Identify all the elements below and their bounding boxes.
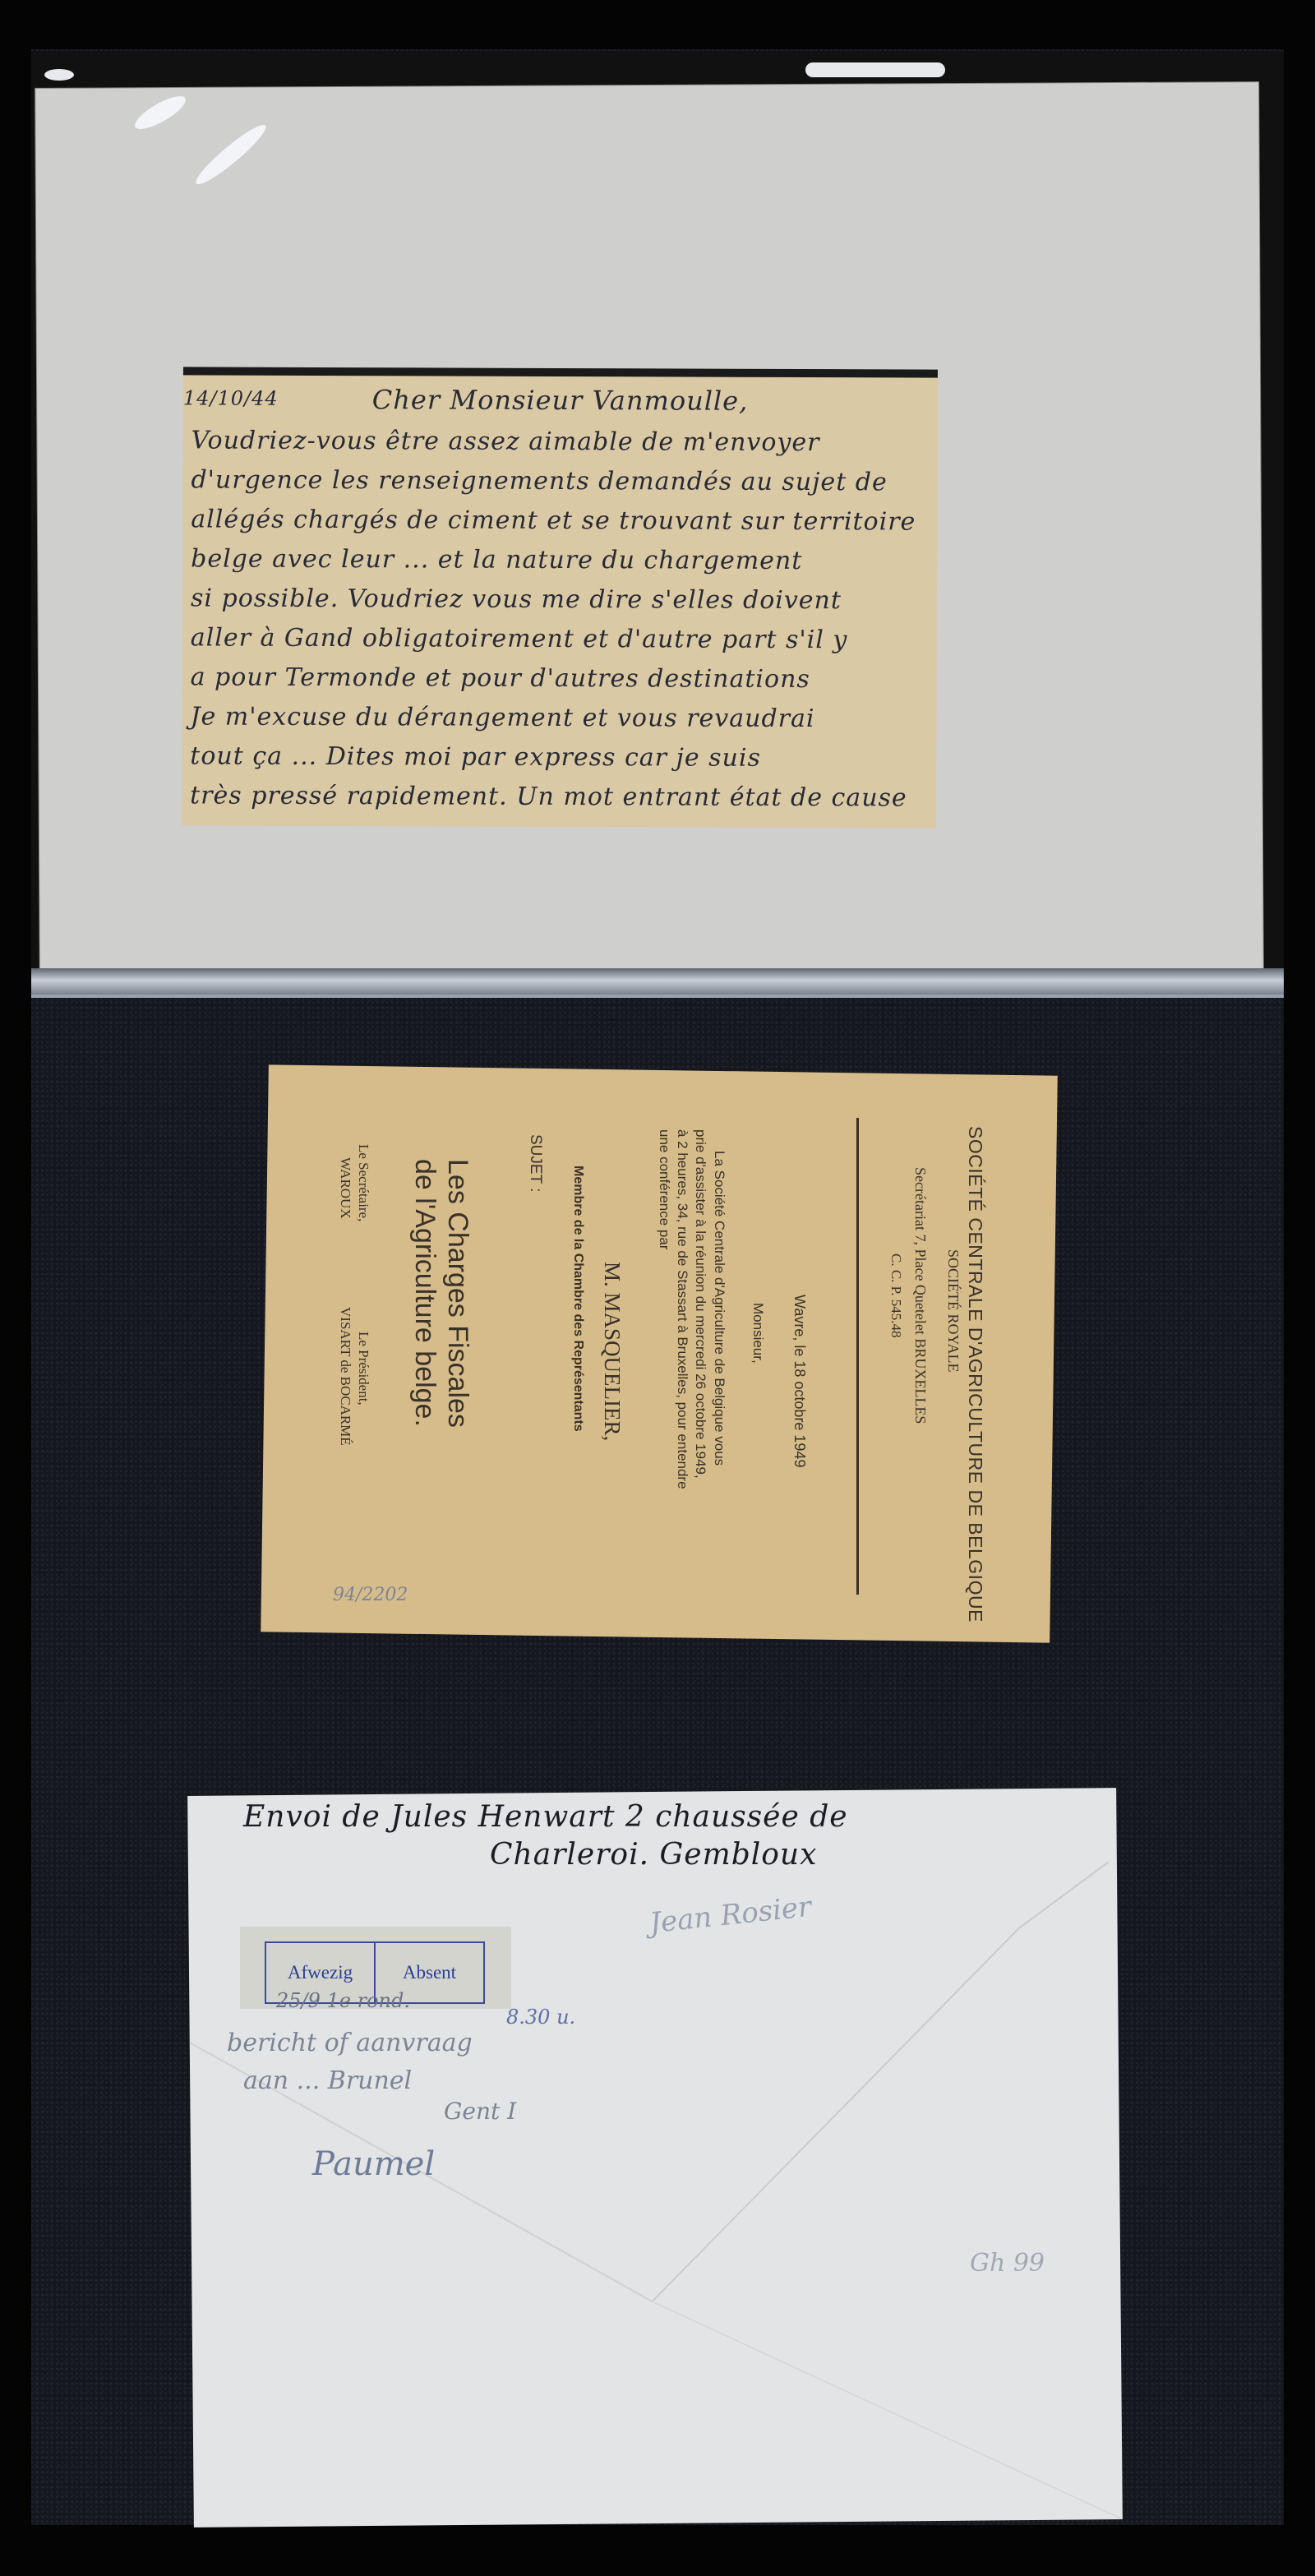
postcard-line: très pressé rapidement. Un mot entrant é… [190,781,907,812]
envelope-sender-line1: Envoi de Jules Henwart 2 chaussée de [243,1800,848,1834]
notice-line: bericht of aanvraag [227,2029,473,2057]
card-speaker: M. MASQUELIER, [599,1262,625,1441]
card-president-name: VISART de BOCARMÉ [337,1307,353,1446]
postcard-line: aller à Gand obligatoirement et d'autre … [191,623,848,654]
notice-line: Gent I [444,2098,516,2125]
card-secretary-name: WAROUX [337,1157,353,1219]
postcard-line: Je m'excuse du dérangement et vous revau… [190,702,814,733]
card-place-date: Wavre, le 18 octobre 1949 [791,1295,808,1467]
postcard-line: tout ça ... Dites moi par express car je… [190,741,761,772]
sleeve-edge [31,968,1284,995]
postcard-line: belge avec leur ... et la nature du char… [191,544,802,575]
postcard-line: d'urgence les renseignements demandés au… [191,465,887,496]
card-greeting: Monsieur, [750,1303,766,1364]
postcard-date: 14/10/44 [183,386,279,409]
postcard-salutation: Cher Monsieur Vanmoulle, [372,384,749,417]
card-address: Secrétariat 7, Place Quetelet BRUXELLES [911,1167,929,1424]
card-body-line: une conférence par [656,1129,672,1250]
card-president-title: Le Président, [355,1332,371,1406]
card-subheader: SOCIÉTÉ ROYALE [944,1249,962,1373]
catalog-note: Gh 99 [970,2249,1045,2278]
card-pencil-note: 94/2202 [333,1585,408,1605]
card-body-line: à 2 heures, 34, rue de Stassart à Bruxel… [674,1129,690,1489]
card-speaker-title: Membre de la Chambre des Représentants [570,1166,585,1432]
card-body-line: prie d'assister à la réunion du mercredi… [692,1129,708,1479]
postcard-line: si possible. Voudriez vous me dire s'ell… [191,584,842,615]
handwritten-postcard: 14/10/44 Cher Monsieur Vanmoulle, Voudri… [182,367,938,828]
sleeve-glare [805,62,945,77]
postcard-line: allégés chargés de ciment et se trouvant… [191,505,916,536]
card-subject-line: de l'Agriculture belge. [408,1159,441,1427]
postcard-line: a pour Termonde et pour d'autres destina… [191,662,810,694]
card-ccp: C. C. P. 545.48 [888,1253,904,1338]
time-note: 8.30 u. [506,2006,575,2029]
postman-signature: Paumel [312,2145,435,2183]
card-body-line: La Société Centrale d'Agriculture de Bel… [711,1151,727,1466]
card-subject-label: SUJET : [526,1134,544,1192]
card-header: SOCIÉTÉ CENTRALE D'AGRICULTURE DE BELGIQ… [964,1126,986,1623]
postcard-line: Voudriez-vous être assez aimable de m'en… [191,426,820,457]
card-secretary-title: Le Secrétaire, [355,1144,371,1221]
notice-line: aan ... Brunel [243,2066,412,2095]
label-handwriting: 25/9 1e rond. [276,1989,410,2012]
card-subject-line: Les Charges Fiscales [441,1159,473,1428]
sleeve-glare [44,69,74,81]
card-rule [856,1118,859,1595]
envelope-sender-line2: Charleroi. Gembloux [490,1838,817,1872]
